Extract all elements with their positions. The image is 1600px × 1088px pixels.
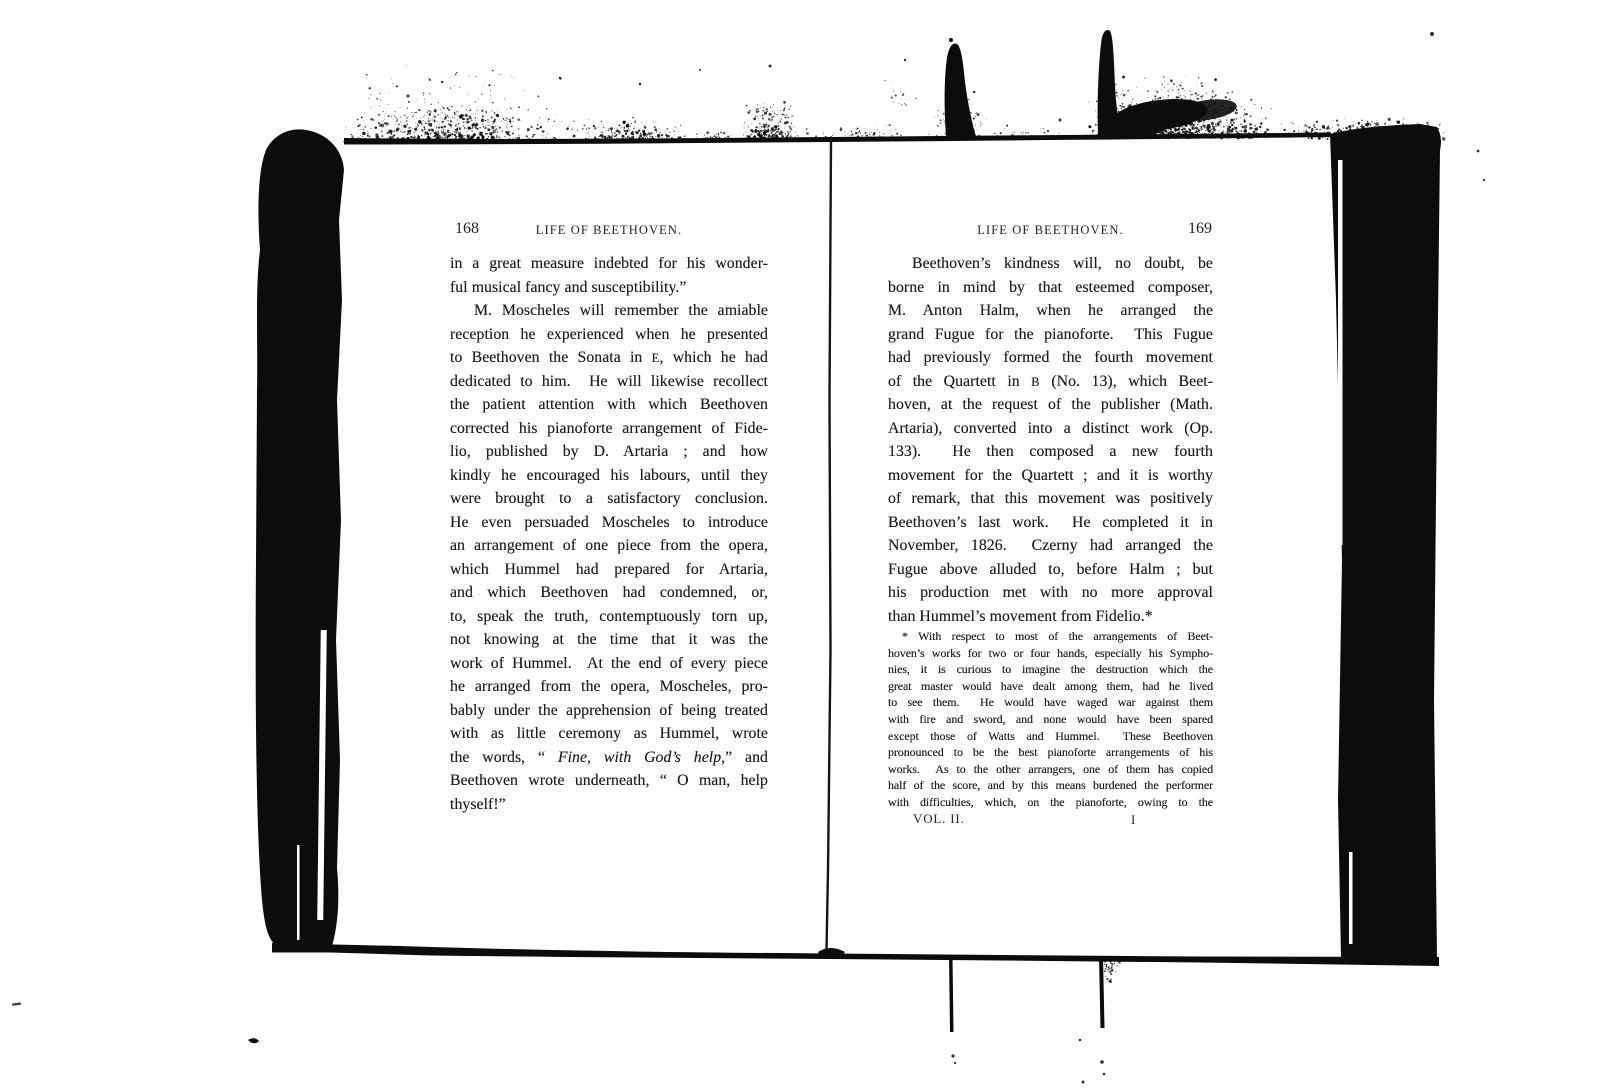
text-line: and which Beethoven had condemned, or, (450, 581, 768, 605)
text-line: corrected his pianoforte arrangement of … (450, 417, 768, 441)
stray-dash (12, 1002, 21, 1006)
text-line: which Hummel had prepared for Artaria, (450, 558, 768, 582)
text-line: movement for the Quartett ; and it is wo… (888, 464, 1213, 488)
right-page: LIFE OF BEETHOVEN. 169 Beethoven’s kindn… (832, 133, 1330, 958)
text-line: the patient attention with which Beethov… (450, 393, 768, 417)
volume-label: VOL. II. (913, 811, 965, 827)
text-line: to see them. He would have waged war aga… (888, 694, 1213, 711)
text-line: hoven’s works for two or four hands, esp… (888, 645, 1213, 662)
text-line: were brought to a satisfactory conclusio… (450, 487, 768, 511)
bottom-streak-right (1099, 956, 1105, 1028)
text-line: kindly he encouraged his labours, until … (450, 464, 768, 488)
text-line: of remark, that this movement was positi… (888, 487, 1213, 511)
text-line: M. Moscheles will remember the amiable (450, 299, 768, 323)
text-line: works. As to the other arrangers, one of… (888, 761, 1213, 778)
bottom-streak-left (949, 956, 954, 1032)
text-line: he arranged from the opera, Moscheles, p… (450, 675, 768, 699)
text-line: the words, “ Fine, with God’s help,” and (450, 746, 768, 770)
right-page-footnote: * With respect to most of the arrangemen… (888, 628, 1213, 811)
text-line: with as little ceremony as Hummel, wrote (450, 722, 768, 746)
text-line: Beethoven’s kindness will, no doubt, be (888, 252, 1213, 276)
text-line: had previously formed the fourth movemen… (888, 346, 1213, 370)
text-line: November, 1826. Czerny had arranged the (888, 534, 1213, 558)
left-page: 168 LIFE OF BEETHOVEN. in a great measur… (345, 140, 830, 950)
text-line: dedicated to him. He will likewise recol… (450, 370, 768, 394)
left-page-body: in a great measure indebted for his wond… (450, 252, 768, 816)
text-line: of the Quartett in B (No. 13), which Bee… (888, 370, 1213, 394)
text-line: pronounced to be the best pianoforte arr… (888, 744, 1213, 761)
text-line: to Beethoven the Sonata in E, which he h… (450, 346, 768, 370)
text-line: nies, it is curious to imagine the destr… (888, 661, 1213, 678)
text-line: thyself!” (450, 793, 768, 817)
text-line: except those of Watts and Hummel. These … (888, 728, 1213, 745)
text-line: work of Hummel. At the end of every piec… (450, 652, 768, 676)
text-line: M. Anton Halm, when he arranged the (888, 299, 1213, 323)
right-page-body: Beethoven’s kindness will, no doubt, beb… (888, 252, 1213, 628)
text-line: than Hummel’s movement from Fidelio.* (888, 605, 1213, 629)
text-line: lio, published by D. Artaria ; and how (450, 440, 768, 464)
text-line: grand Fugue for the pianoforte. This Fug… (888, 323, 1213, 347)
text-line: Beethoven’s last work. He completed it i… (888, 511, 1213, 535)
text-line: reception he experienced when he present… (450, 323, 768, 347)
text-line: Fugue above alluded to, before Halm ; bu… (888, 558, 1213, 582)
text-line: borne in mind by that esteemed composer, (888, 276, 1213, 300)
text-line: his production met with no more approval (888, 581, 1213, 605)
text-line: with difficulties, which, on the pianofo… (888, 794, 1213, 811)
book-scan-canvas: 168 LIFE OF BEETHOVEN. in a great measur… (0, 0, 1600, 1088)
text-line: great master would have dealt among them… (888, 678, 1213, 695)
stray-squiggle (248, 1038, 259, 1043)
text-line: ful musical fancy and susceptibility.” (450, 276, 768, 300)
text-line: in a great measure indebted for his wond… (450, 252, 768, 276)
text-line: bably under the apprehension of being tr… (450, 699, 768, 723)
left-ink-band (256, 129, 344, 952)
text-line: Artaria), converted into a distinct work… (888, 417, 1213, 441)
text-line: an arrangement of one piece from the ope… (450, 534, 768, 558)
text-line: with fire and sword, and none would have… (888, 711, 1213, 728)
text-line: half of the score, and by this means bur… (888, 777, 1213, 794)
text-line: Beethoven wrote underneath, “ O man, hel… (450, 769, 768, 793)
text-line: hoven, at the request of the publisher (… (888, 393, 1213, 417)
text-line: He even persuaded Moscheles to introduce (450, 511, 768, 535)
signature-mark: I (1131, 812, 1136, 828)
right-page-number: 169 (1132, 220, 1212, 238)
text-line: 133). He then composed a new fourth (888, 440, 1213, 464)
text-line: * With respect to most of the arrangemen… (888, 628, 1213, 645)
text-line: not knowing at the time that it was the (450, 628, 768, 652)
right-ink-band (1330, 124, 1441, 965)
text-line: to, speak the truth, contemptuously torn… (450, 605, 768, 629)
left-running-head: LIFE OF BEETHOVEN. (450, 223, 768, 238)
ink-blob-small (945, 44, 976, 136)
